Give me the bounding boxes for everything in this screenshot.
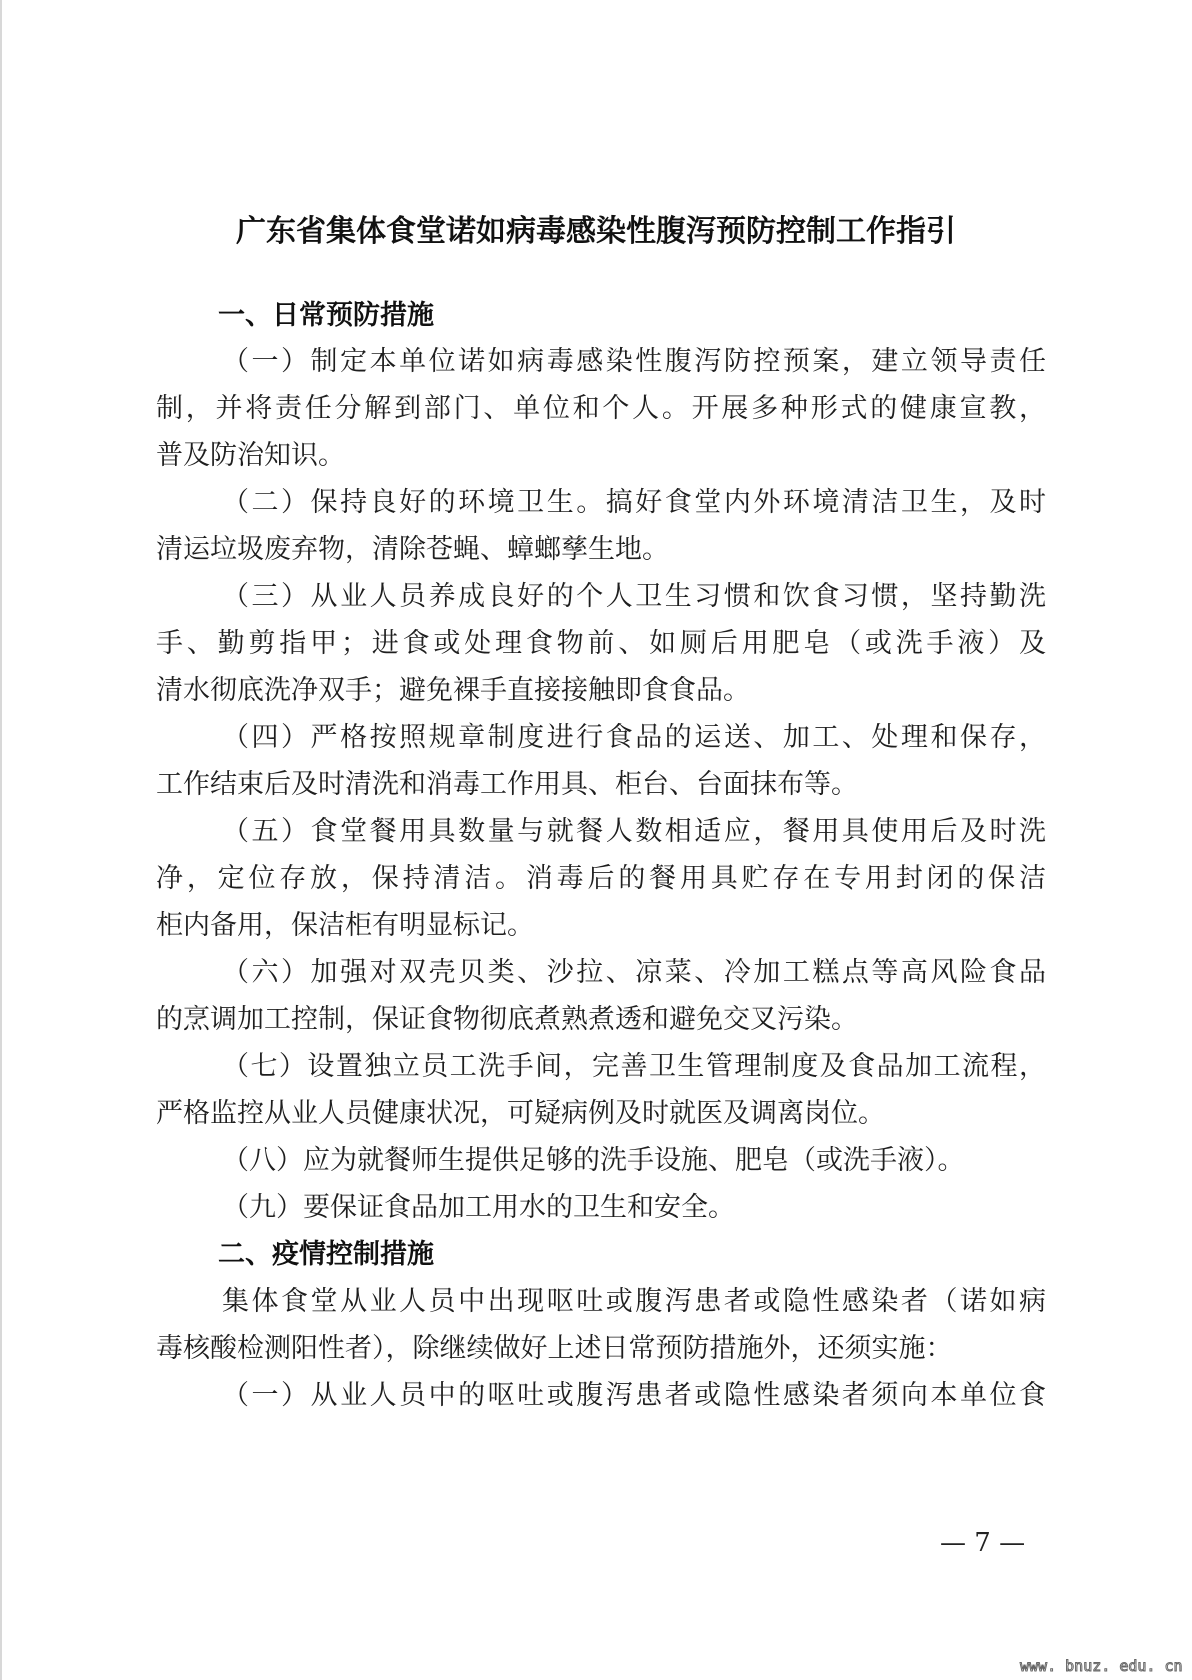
section-heading-2: 二、疫情控制措施 [218, 1235, 434, 1275]
paragraph-line: （九）要保证食品加工用水的卫生和安全。 [222, 1188, 1046, 1228]
paragraph-line: （八）应为就餐师生提供足够的洗手设施、肥皂（或洗手液）。 [222, 1141, 1046, 1181]
paragraph-line: （七）设置独立员工洗手间，完善卫生管理制度及食品加工流程， [222, 1047, 1046, 1087]
document-title: 广东省集体食堂诺如病毒感染性腹泻预防控制工作指引 [0, 212, 1192, 252]
paragraph-line: （四）严格按照规章制度进行食品的运送、加工、处理和保存， [222, 718, 1046, 758]
watermark: www. bnuz. edu. cn [1020, 1656, 1183, 1676]
paragraph-line: （六）加强对双壳贝类、沙拉、凉菜、冷加工糕点等高风险食品 [222, 953, 1046, 993]
paragraph-line: 的烹调加工控制，保证食物彻底煮熟煮透和避免交叉污染。 [156, 1000, 1046, 1040]
paragraph-line: 毒核酸检测阳性者），除继续做好上述日常预防措施外，还须实施： [156, 1329, 1046, 1369]
paragraph-line: 柜内备用，保洁柜有明显标记。 [156, 906, 1046, 946]
paragraph-line: 普及防治知识。 [156, 436, 1046, 476]
paragraph-line: （一）从业人员中的呕吐或腹泻患者或隐性感染者须向本单位食 [222, 1376, 1046, 1416]
paragraph-line: 净，定位存放，保持清洁。消毒后的餐用具贮存在专用封闭的保洁 [156, 859, 1046, 899]
paragraph-line: 清运垃圾废弃物，清除苍蝇、蟑螂孳生地。 [156, 530, 1046, 570]
paragraph-line: 制，并将责任分解到部门、单位和个人。开展多种形式的健康宣教， [156, 389, 1046, 429]
paragraph-line: 严格监控从业人员健康状况，可疑病例及时就医及调离岗位。 [156, 1094, 1046, 1134]
paragraph-line: （二）保持良好的环境卫生。搞好食堂内外环境清洁卫生，及时 [222, 483, 1046, 523]
paragraph-line: 集体食堂从业人员中出现呕吐或腹泻患者或隐性感染者（诺如病 [222, 1282, 1046, 1322]
page-number: — 7 — [940, 1526, 1025, 1560]
paragraph-line: 手、勤剪指甲；进食或处理食物前、如厕后用肥皂（或洗手液）及 [156, 624, 1046, 664]
paragraph-line: 清水彻底洗净双手；避免裸手直接接触即食食品。 [156, 671, 1046, 711]
section-heading-1: 一、日常预防措施 [218, 296, 434, 336]
paragraph-line: 工作结束后及时清洗和消毒工作用具、柜台、台面抹布等。 [156, 765, 1046, 805]
page-edge [0, 0, 2, 1680]
paragraph-line: （三）从业人员养成良好的个人卫生习惯和饮食习惯，坚持勤洗 [222, 577, 1046, 617]
paragraph-line: （五）食堂餐用具数量与就餐人数相适应，餐用具使用后及时洗 [222, 812, 1046, 852]
paragraph-line: （一）制定本单位诺如病毒感染性腹泻防控预案，建立领导责任 [222, 342, 1046, 382]
